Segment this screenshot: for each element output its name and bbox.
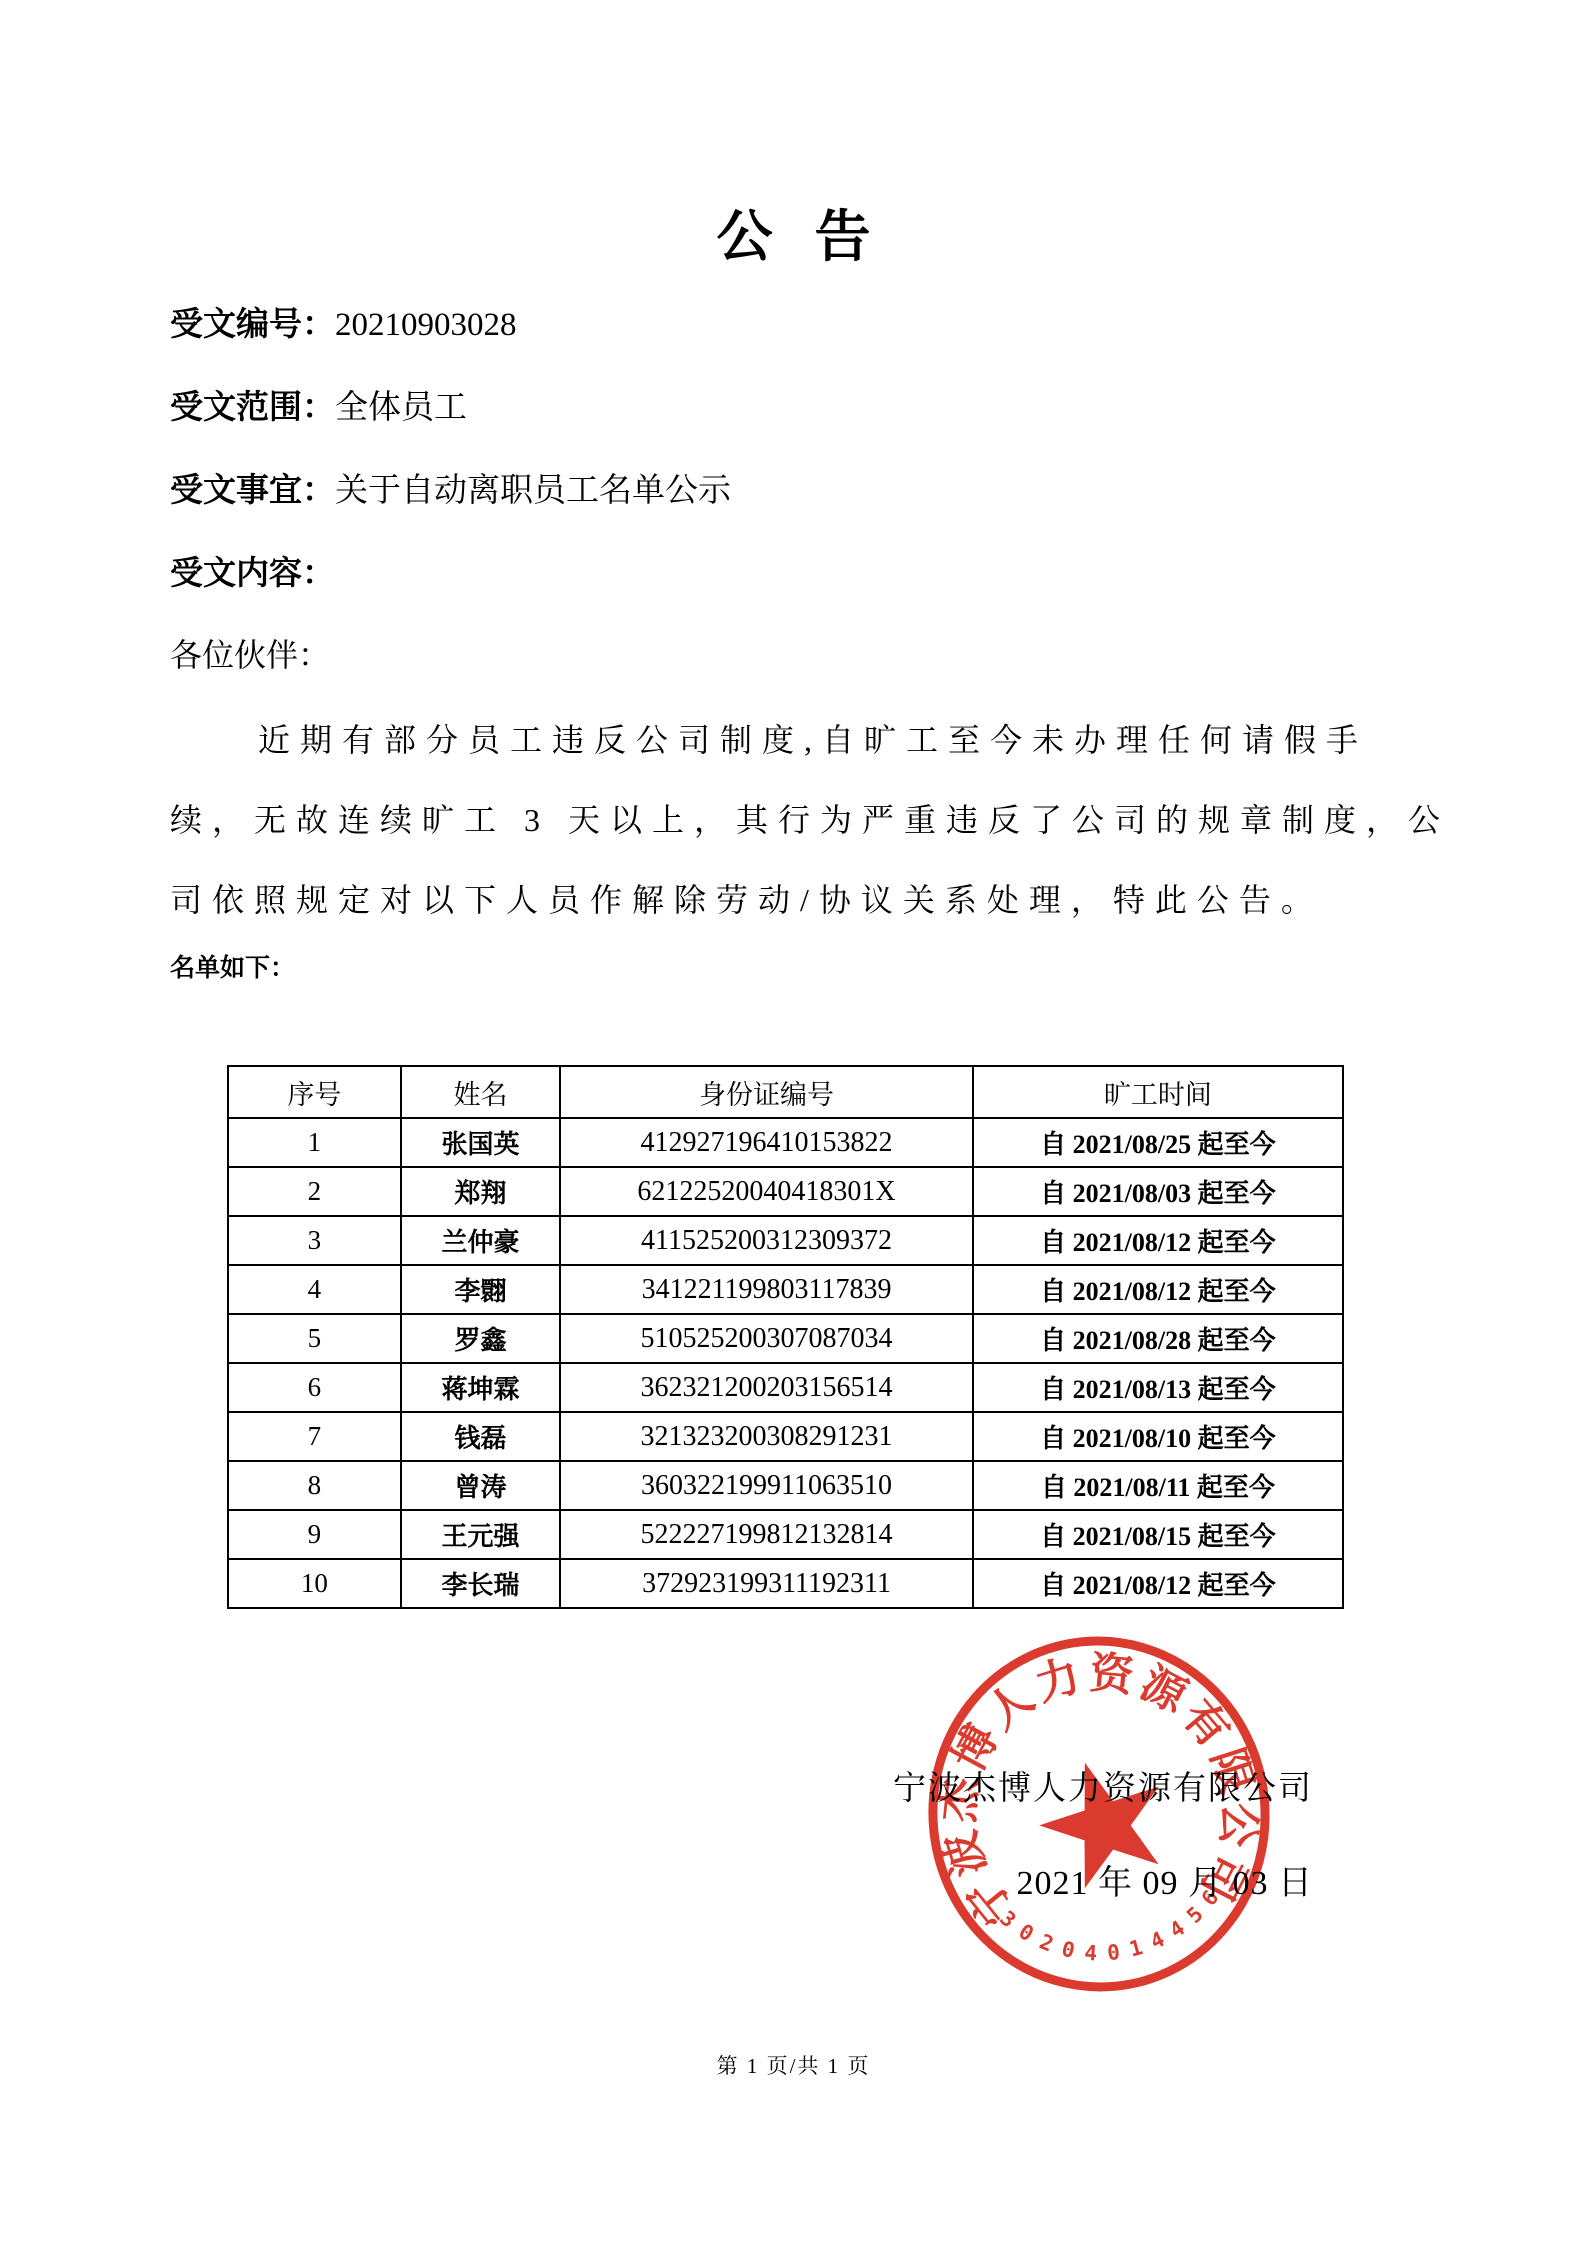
name-cell: 郑翔 [401, 1167, 560, 1216]
id-cell: 510525200307087034 [560, 1314, 973, 1363]
subject-value: 关于自动离职员工名单公示 [335, 473, 731, 509]
table-row: 3兰仲豪411525200312309372自 2021/08/12 起至今 [228, 1216, 1343, 1265]
id-cell: 62122520040418301X [560, 1167, 973, 1216]
name-cell: 罗鑫 [401, 1314, 560, 1363]
list-intro-text: 名单如下： [170, 948, 295, 984]
table-row: 6蒋坤霖362321200203156514自 2021/08/13 起至今 [228, 1363, 1343, 1412]
paragraph-line: 近期有部分员工违反公司制度,自旷工至今未办理任何请假手 [170, 700, 1370, 780]
paragraph-line: 续，无故连续旷工 3 天以上，其行为严重违反了公司的规章制度，公 [170, 780, 1370, 860]
company-seal-stamp: 宁波杰博人力资源有限公司 3302040144565 [912, 1626, 1286, 2002]
period-cell: 自 2021/08/15 起至今 [973, 1510, 1343, 1559]
id-cell: 341221199803117839 [560, 1265, 973, 1314]
seq-cell: 1 [228, 1118, 401, 1167]
doc-number-label: 受文编号： [170, 307, 335, 343]
period-cell: 自 2021/08/28 起至今 [973, 1314, 1343, 1363]
seq-cell: 7 [228, 1412, 401, 1461]
employee-table-body: 1张国英412927196410153822自 2021/08/25 起至今2郑… [228, 1118, 1343, 1608]
table-row: 10李长瑞372923199311192311自 2021/08/12 起至今 [228, 1559, 1343, 1608]
greeting-text: 各位伙伴： [170, 630, 330, 676]
meta-line-subject: 受文事宜：关于自动离职员工名单公示 [170, 464, 731, 511]
table-row: 2郑翔62122520040418301X自 2021/08/03 起至今 [228, 1167, 1343, 1216]
seq-cell: 4 [228, 1265, 401, 1314]
table-row: 8曾涛360322199911063510自 2021/08/11 起至今 [228, 1461, 1343, 1510]
employee-table: 序号 姓名 身份证编号 旷工时间 1张国英412927196410153822自… [227, 1065, 1344, 1609]
id-cell: 372923199311192311 [560, 1559, 973, 1608]
doc-number-value: 20210903028 [335, 307, 517, 343]
period-cell: 自 2021/08/25 起至今 [973, 1118, 1343, 1167]
name-cell: 兰仲豪 [401, 1216, 560, 1265]
scope-value: 全体员工 [335, 390, 467, 426]
period-cell: 自 2021/08/11 起至今 [973, 1461, 1343, 1510]
id-cell: 360322199911063510 [560, 1461, 973, 1510]
seal-group: 宁波杰博人力资源有限公司 3302040144565 [916, 1626, 1282, 2002]
subject-label: 受文事宜： [170, 473, 335, 509]
seq-cell: 10 [228, 1559, 401, 1608]
table-row: 9王元强522227199812132814自 2021/08/15 起至今 [228, 1510, 1343, 1559]
id-cell: 412927196410153822 [560, 1118, 973, 1167]
name-cell: 李长瑞 [401, 1559, 560, 1608]
paragraph-line: 司依照规定对以下人员作解除劳动/协议关系处理，特此公告。 [170, 860, 1370, 940]
page-title: 公 告 [0, 193, 1587, 273]
content-label: 受文内容： [170, 556, 335, 592]
name-cell: 王元强 [401, 1510, 560, 1559]
page-footer: 第 1 页/共 1 页 [0, 2050, 1587, 2080]
name-cell: 曾涛 [401, 1461, 560, 1510]
body-paragraph: 近期有部分员工违反公司制度,自旷工至今未办理任何请假手 续，无故连续旷工 3 天… [170, 700, 1370, 940]
header-absence-period: 旷工时间 [973, 1066, 1343, 1118]
seq-cell: 6 [228, 1363, 401, 1412]
meta-line-content: 受文内容： [170, 547, 335, 594]
seq-cell: 3 [228, 1216, 401, 1265]
id-cell: 411525200312309372 [560, 1216, 973, 1265]
seq-cell: 5 [228, 1314, 401, 1363]
period-cell: 自 2021/08/12 起至今 [973, 1265, 1343, 1314]
period-cell: 自 2021/08/03 起至今 [973, 1167, 1343, 1216]
id-cell: 362321200203156514 [560, 1363, 973, 1412]
seq-cell: 9 [228, 1510, 401, 1559]
announcement-page: 公 告 受文编号：20210903028 受文范围：全体员工 受文事宜：关于自动… [0, 0, 1587, 2245]
table-row: 5罗鑫510525200307087034自 2021/08/28 起至今 [228, 1314, 1343, 1363]
header-seq: 序号 [228, 1066, 401, 1118]
id-cell: 321323200308291231 [560, 1412, 973, 1461]
table-header-row: 序号 姓名 身份证编号 旷工时间 [228, 1066, 1343, 1118]
name-cell: 蒋坤霖 [401, 1363, 560, 1412]
header-name: 姓名 [401, 1066, 560, 1118]
header-id-number: 身份证编号 [560, 1066, 973, 1118]
meta-line-doc-number: 受文编号：20210903028 [170, 298, 517, 345]
table-row: 1张国英412927196410153822自 2021/08/25 起至今 [228, 1118, 1343, 1167]
name-cell: 钱磊 [401, 1412, 560, 1461]
meta-line-scope: 受文范围：全体员工 [170, 381, 467, 428]
name-cell: 张国英 [401, 1118, 560, 1167]
id-cell: 522227199812132814 [560, 1510, 973, 1559]
table-row: 4李翾341221199803117839自 2021/08/12 起至今 [228, 1265, 1343, 1314]
name-cell: 李翾 [401, 1265, 560, 1314]
seq-cell: 8 [228, 1461, 401, 1510]
seal-star-icon [1025, 1743, 1181, 1895]
scope-label: 受文范围： [170, 390, 335, 426]
period-cell: 自 2021/08/13 起至今 [973, 1363, 1343, 1412]
seq-cell: 2 [228, 1167, 401, 1216]
period-cell: 自 2021/08/10 起至今 [973, 1412, 1343, 1461]
table-row: 7钱磊321323200308291231自 2021/08/10 起至今 [228, 1412, 1343, 1461]
period-cell: 自 2021/08/12 起至今 [973, 1216, 1343, 1265]
period-cell: 自 2021/08/12 起至今 [973, 1559, 1343, 1608]
